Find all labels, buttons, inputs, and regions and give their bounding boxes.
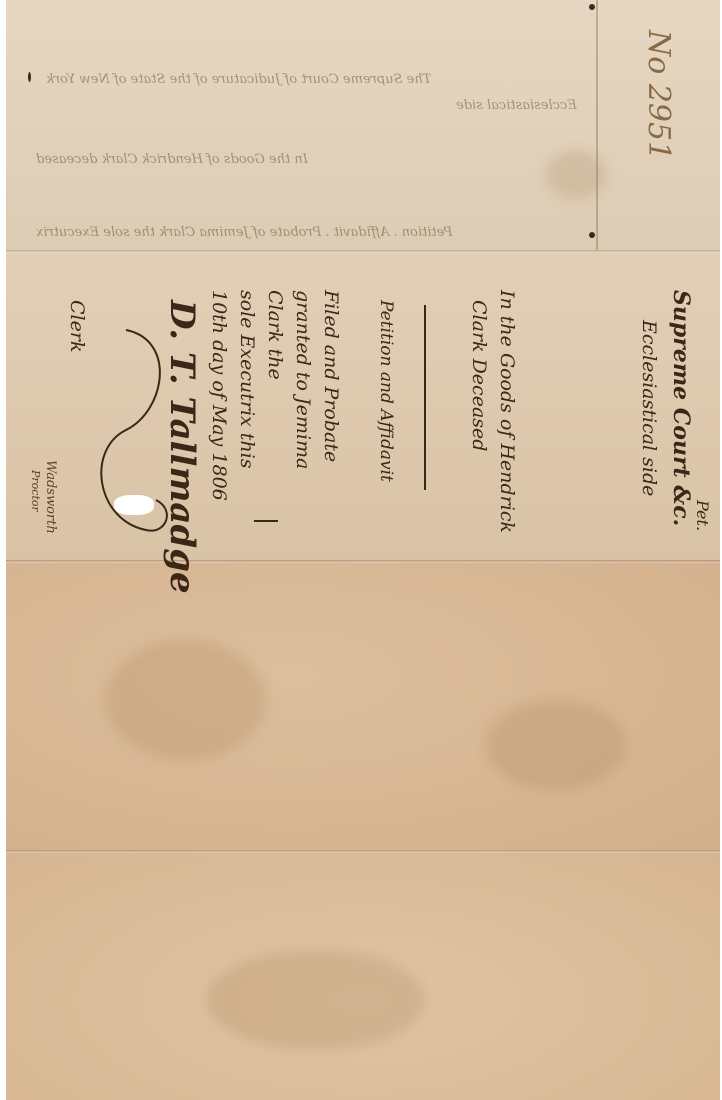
document-sheet: The Supreme Court of Judicature of the S…: [6, 0, 720, 1100]
ink-dot: [589, 4, 595, 10]
endorsement-line: Clark the: [264, 290, 286, 380]
fold-line: [6, 560, 720, 563]
top-fold-panel: [6, 0, 720, 250]
bleed-through-line: Ecclesiastical side: [456, 98, 577, 113]
proctor-title: Proctor: [29, 470, 42, 512]
endorsement-line: granted to Jemima: [292, 290, 314, 469]
vertical-fold-line: [596, 0, 598, 250]
stain: [106, 640, 266, 760]
court-side: Ecclesiastical side: [638, 320, 660, 496]
matter-deceased: Clark Deceased: [468, 300, 490, 451]
proctor-name: Wadsworth: [43, 460, 58, 534]
bleed-through-line: Petition . Affidavit . Probate of Jemima…: [36, 225, 453, 240]
stain: [486, 700, 626, 790]
ink-dot: [589, 232, 595, 238]
ink-mark: [28, 72, 31, 82]
matter-title: In the Goods of Hendrick: [496, 290, 518, 533]
petition-abbrev: Pet.: [693, 500, 712, 531]
underline: [254, 520, 278, 522]
paper-loss: [114, 495, 154, 515]
endorsement-line: Filed and Probate: [320, 290, 342, 462]
clerk-title: Clerk: [66, 300, 88, 352]
docket-number: No 2951: [641, 30, 676, 160]
stain: [546, 150, 606, 200]
bracket-line: [424, 305, 426, 490]
bleed-through-line: The Supreme Court of Judicature of the S…: [46, 72, 431, 87]
document-title: Petition and Affidavit: [376, 300, 396, 482]
endorsement-line: 10th day of May 1806: [208, 290, 230, 501]
bleed-through-line: In the Goods of Hendrick Clark deceased: [36, 152, 308, 167]
stain: [206, 950, 426, 1050]
corner-mark: [704, 285, 718, 289]
court-name: Supreme Court &c.: [668, 290, 694, 526]
endorsement-line: sole Executrix this: [236, 290, 258, 469]
fold-line: [6, 250, 720, 253]
fold-line: [6, 850, 720, 853]
